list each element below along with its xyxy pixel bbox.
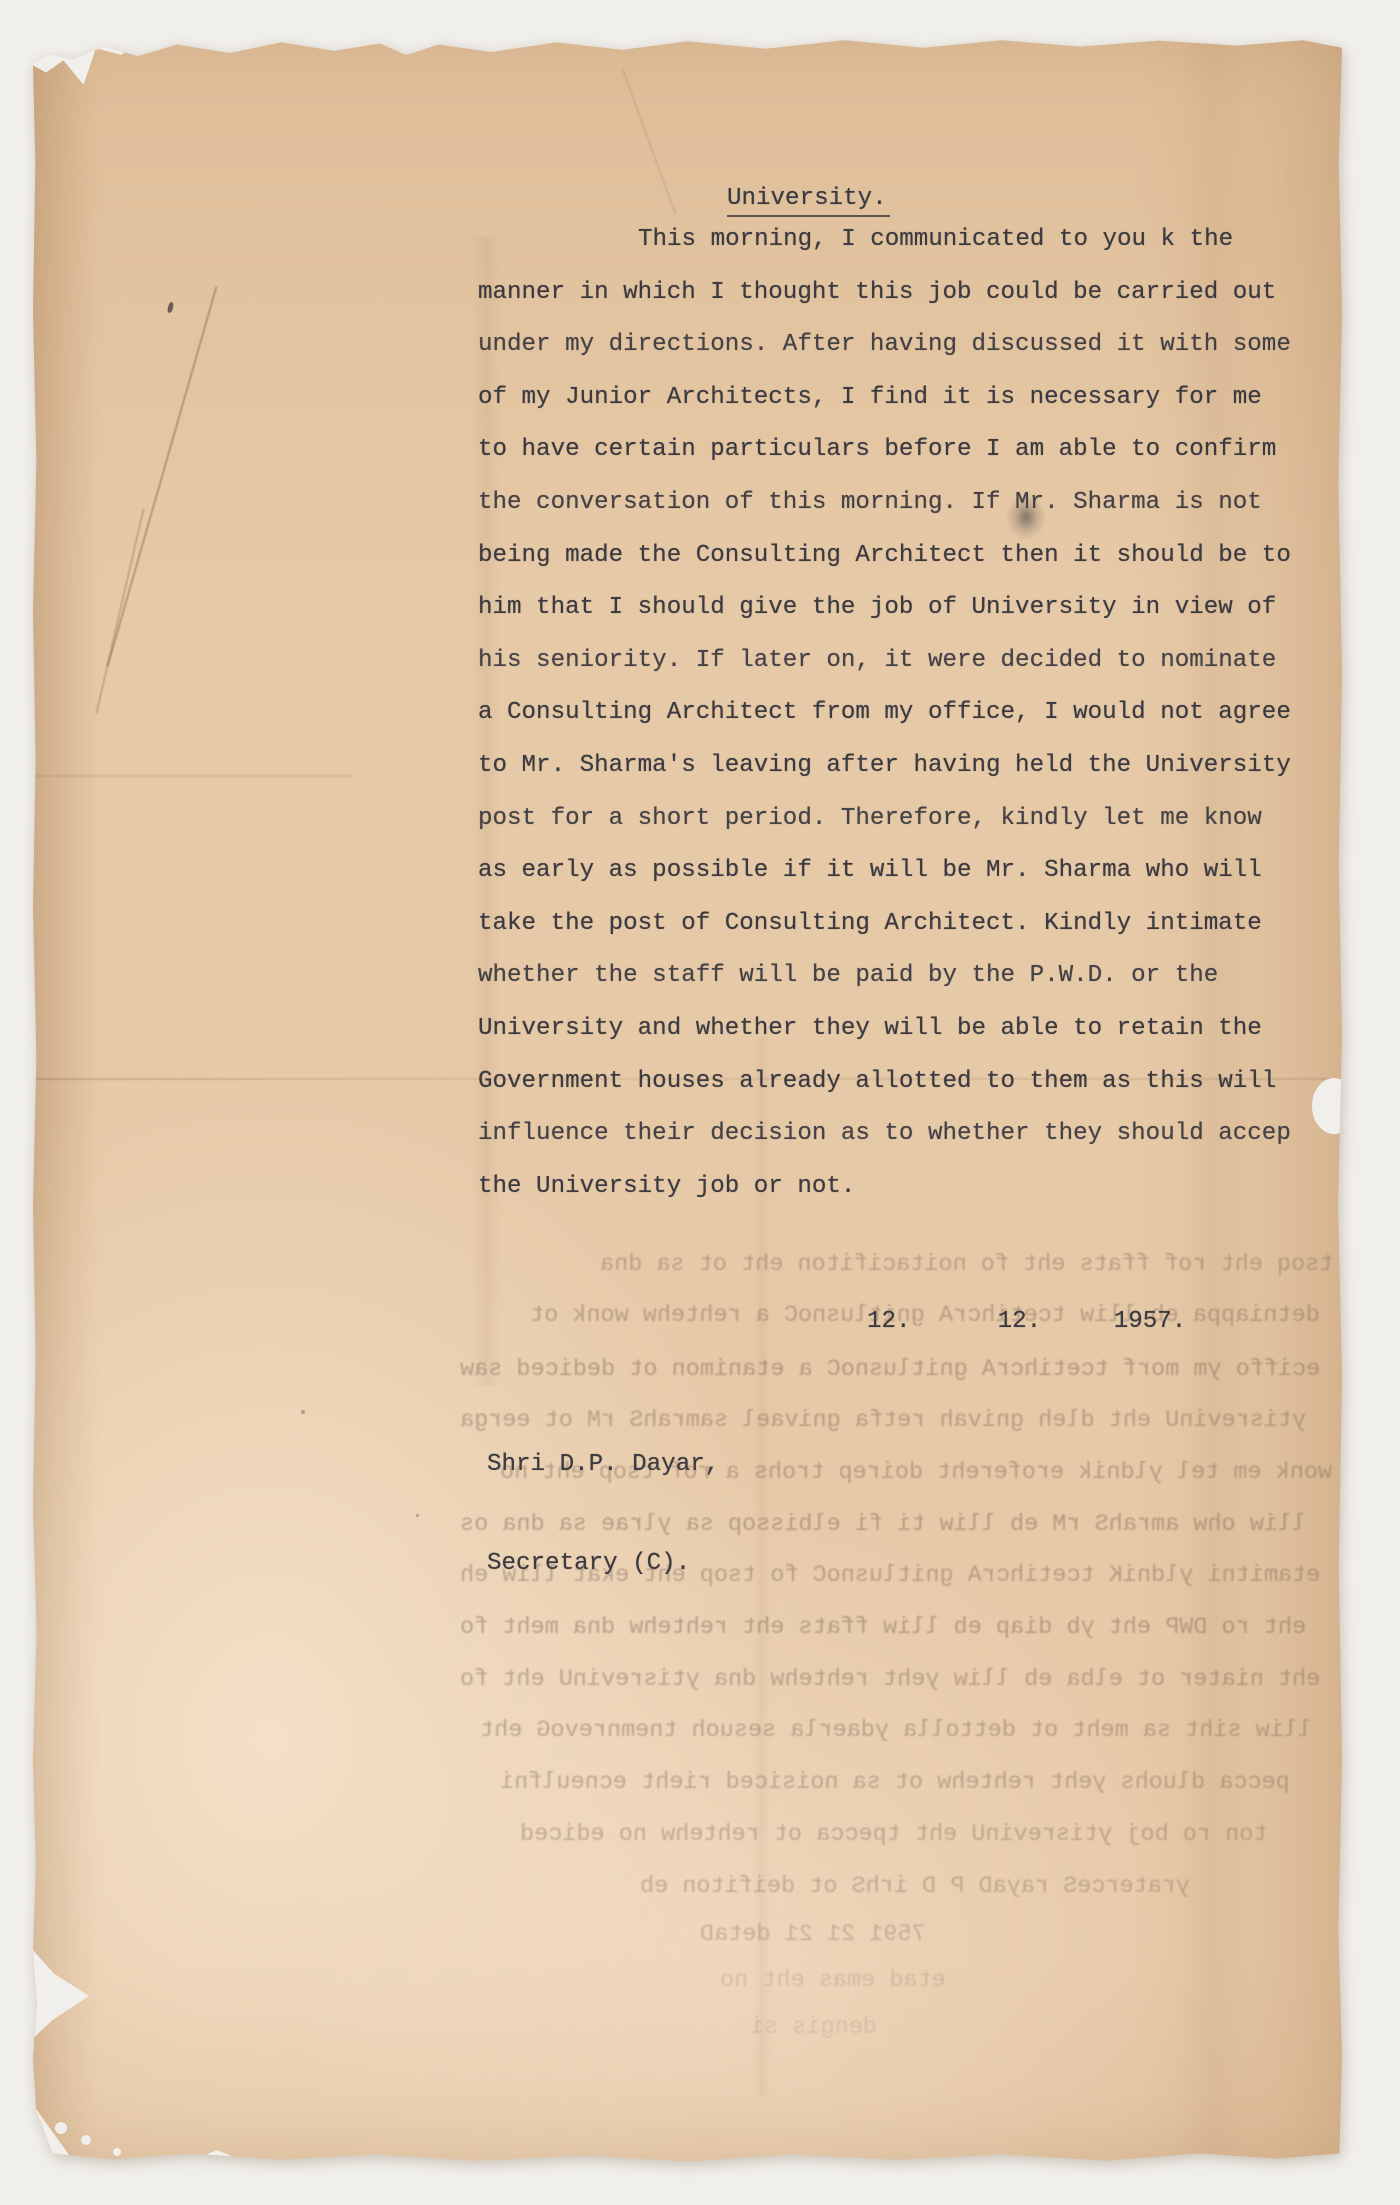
body-line: him that I should give the job of Univer… (478, 594, 1342, 647)
date-line: 12. 12. 1957. (867, 1308, 1186, 1335)
body-line: to Mr. Sharma's leaving after having hel… (478, 752, 1342, 805)
bleed-through-line: eht niater ot elba eb lliw yeht rehtehw … (460, 1667, 1320, 1693)
body-line: manner in which I thought this job could… (478, 279, 1342, 332)
body-line: whether the staff will be paid by the P.… (478, 962, 1342, 1015)
body-line: to have certain particulars before I am … (478, 436, 1342, 489)
letter-page: tsoq eht rof ffats eht fo noitacifiton e… (33, 36, 1342, 2164)
bleed-through-line: pecca dluohs yeht rehtehw ot sa noisiced… (500, 1770, 1290, 1796)
bleed-through-line: tsoq eht rof ffats eht fo noitacifiton e… (600, 1252, 1333, 1278)
body-line: a Consulting Architect from my office, I… (478, 699, 1342, 752)
body-line: as early as possible if it will be Mr. S… (478, 857, 1342, 910)
body-line: take the post of Consulting Architect. K… (478, 910, 1342, 963)
paper-sheet: tsoq eht rof ffats eht fo noitacifiton e… (33, 36, 1342, 2164)
bleed-through-line: 7591 21 21 detaD (700, 1922, 926, 1948)
paper-chip (55, 2122, 67, 2134)
letter-body: This morning, I communicated to you k th… (478, 226, 1342, 1225)
body-line: being made the Consulting Architect then… (478, 542, 1342, 595)
body-line: under my directions. After having discus… (478, 331, 1342, 384)
body-line: University and whether they will be able… (478, 1015, 1342, 1068)
bleed-through-line: yraterceS rayaD P D irhS ot deifiton eb (640, 1874, 1190, 1900)
body-line: the University job or not. (478, 1173, 1342, 1226)
body-line: This morning, I communicated to you k th… (478, 226, 1342, 279)
bleed-through-line: etad emas eht no (720, 1968, 946, 1994)
body-line: the conversation of this morning. If Mr.… (478, 489, 1342, 542)
paper-chip (81, 2135, 91, 2145)
bleed-through-line: dengis si (750, 2015, 877, 2041)
bleed-through-line: ton ro boj ytisrevinU eht tpecca ot reht… (520, 1822, 1267, 1848)
body-line: Government houses already allotted to th… (478, 1068, 1342, 1121)
bleed-through-line: eciffo ym morf tcetihcrA gnitlusnoC a et… (460, 1357, 1320, 1383)
body-line: of my Junior Architects, I find it is ne… (478, 384, 1342, 437)
signature-block: Shri D.P. Dayar, Secretary (C). (487, 1382, 719, 1646)
body-line: influence their decision as to whether t… (478, 1120, 1342, 1173)
bleed-through-line: lliw siht sa meht ot dettolla ydaerla se… (480, 1718, 1312, 1744)
document-heading: University. (727, 185, 890, 217)
paper-chip (113, 2148, 121, 2156)
signatory-title: Secretary (C). (487, 1547, 719, 1580)
body-line: his seniority. If later on, it were deci… (478, 647, 1342, 700)
signatory-name: Shri D.P. Dayar, (487, 1448, 719, 1481)
body-line: post for a short period. Therefore, kind… (478, 805, 1342, 858)
